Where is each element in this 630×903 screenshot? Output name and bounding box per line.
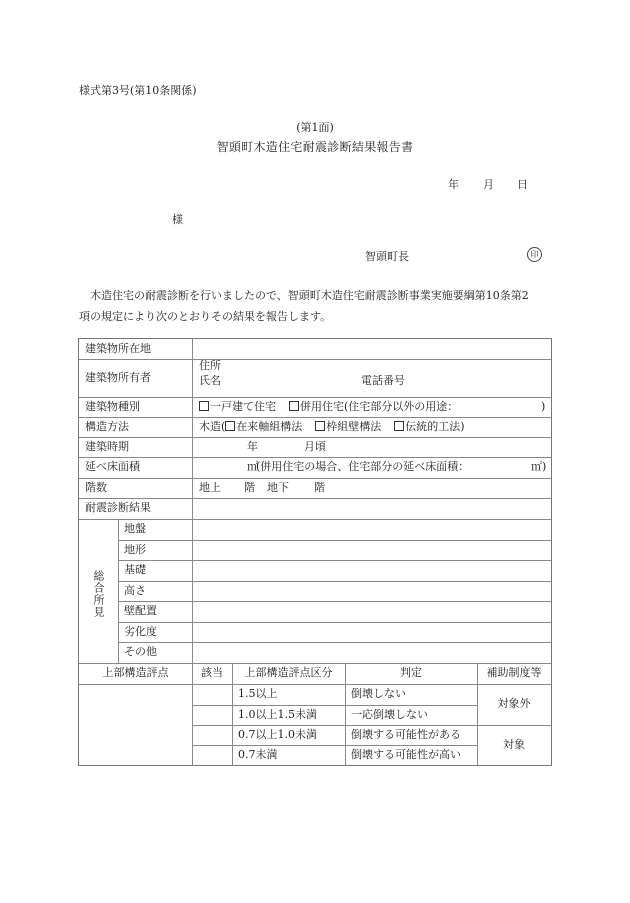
applicable-check-4[interactable]: [193, 745, 232, 765]
addressee-suffix: 様: [172, 211, 183, 227]
location-field[interactable]: [193, 339, 551, 359]
area-note: (併用住宅の場合、住宅部分の延べ床面積：: [256, 457, 469, 477]
finding-height: 高さ: [124, 581, 146, 601]
header-subsidy: 補助制度等: [477, 663, 551, 683]
row-divider: [79, 519, 551, 520]
row-divider: [118, 622, 551, 623]
option-detached-house: 一戸建て住宅: [210, 400, 276, 413]
form-number: 様式第3号(第10条関係): [79, 82, 197, 98]
label-floors: 階数: [85, 478, 107, 498]
diagnosis-result-field[interactable]: [193, 498, 551, 518]
label-location: 建築物所在地: [85, 339, 151, 359]
row-divider: [192, 705, 477, 706]
issuer-name: 智頭町長: [365, 248, 409, 264]
score-range-3: 0.7以上1.0未満: [238, 725, 317, 745]
finding-terrain: 地形: [124, 540, 146, 560]
judgement-3: 倒壊する可能性がある: [351, 725, 461, 745]
option-mixed-use-house: 併用住宅(住宅部分以外の用途：: [300, 400, 458, 413]
finding-other: その他: [124, 642, 157, 662]
applicable-check-1[interactable]: [193, 684, 232, 704]
finding-ground: 地盤: [124, 519, 146, 539]
applicable-check-2[interactable]: [193, 705, 232, 725]
document-title: 智頭町木造住宅耐震診断結果報告書: [0, 138, 630, 155]
date-month: 月: [483, 176, 494, 192]
judgement-4: 倒壊する可能性が高い: [351, 745, 461, 765]
area-unit-2: ㎡): [531, 457, 546, 477]
judgement-1: 倒壊しない: [351, 684, 406, 704]
row-divider: [118, 560, 551, 561]
finding-wall-layout: 壁配置: [124, 601, 157, 621]
page-face-label: (第1面): [0, 119, 630, 135]
built-month-unit: 月頃: [304, 437, 326, 457]
floors-above-label: 地上: [199, 478, 221, 498]
checkbox-mixed-use-house[interactable]: [289, 401, 299, 411]
structure-wood-prefix: 木造(: [199, 420, 225, 433]
row-divider: [118, 540, 551, 541]
findings-group-label: 総合所見: [89, 559, 107, 629]
header-score-category: 上部構造評点区分: [232, 663, 345, 683]
checkbox-detached-house[interactable]: [199, 401, 209, 411]
label-floor-area: 延べ床面積: [85, 457, 140, 477]
finding-foundation: 基礎: [124, 560, 146, 580]
floors-below-label: 地下: [267, 478, 289, 498]
col-divider: [118, 519, 119, 663]
label-owner: 建築物所有者: [85, 368, 151, 388]
label-building-type: 建築物種別: [85, 397, 140, 417]
label-structure: 構造方法: [85, 417, 129, 437]
judgement-2: 一応倒壊しない: [351, 705, 428, 725]
built-year-unit: 年: [247, 437, 258, 457]
header-judgement: 判定: [345, 663, 477, 683]
row-divider: [79, 359, 551, 360]
header-applicable: 該当: [192, 663, 232, 683]
paren-close: ): [541, 397, 545, 417]
date-year: 年: [448, 176, 459, 192]
owner-name-label: 氏名: [199, 373, 221, 388]
subsidy-not-eligible: 対象外: [477, 694, 551, 714]
row-divider: [118, 642, 551, 643]
score-range-2: 1.0以上1.5未満: [238, 705, 317, 725]
finding-deterioration: 劣化度: [124, 622, 157, 642]
floors-below-unit: 階: [314, 478, 325, 498]
option-conventional-frame: 在来軸組構法: [236, 420, 302, 433]
seal-icon: 印: [527, 247, 542, 262]
building-type-options: 一戸建て住宅 併用住宅(住宅部分以外の用途：: [199, 397, 458, 417]
intro-paragraph: 木造住宅の耐震診断を行いましたので、智頭町木造住宅耐震診断事業実施要綱第10条第…: [79, 285, 554, 327]
checkbox-2x4-frame[interactable]: [315, 421, 325, 431]
owner-phone-label: 電話番号: [361, 373, 405, 388]
report-table: 建築物所在地 建築物所有者 建築物種別 構造方法 建築時期 延べ床面積 階数 耐…: [78, 338, 552, 766]
option-traditional-method: 伝統的工法): [405, 420, 464, 433]
checkbox-conventional-frame[interactable]: [225, 421, 235, 431]
subsidy-eligible: 対象: [477, 735, 551, 755]
applicable-check-3[interactable]: [193, 725, 232, 745]
row-divider: [118, 581, 551, 582]
floors-above-unit: 階: [244, 478, 255, 498]
score-range-1: 1.5以上: [238, 684, 278, 704]
score-range-4: 0.7未満: [238, 745, 278, 765]
upper-structure-score-field[interactable]: [79, 684, 192, 765]
row-divider: [118, 601, 551, 602]
intro-line-1: 木造住宅の耐震診断を行いましたので、智頭町木造住宅耐震診断事業実施要綱第10条第…: [79, 285, 554, 306]
header-upper-structure-score: 上部構造評点: [79, 663, 192, 683]
intro-line-2: 項の規定により次のとおりその結果を報告します。: [79, 306, 554, 327]
date-day: 日: [517, 176, 528, 192]
option-2x4-frame: 枠組壁構法: [326, 420, 381, 433]
label-diagnosis-result: 耐震診断結果: [85, 498, 151, 518]
checkbox-traditional-method[interactable]: [394, 421, 404, 431]
structure-options: 木造(在来軸組構法 枠組壁構法 伝統的工法): [199, 417, 465, 437]
owner-address-label: 住所: [199, 358, 221, 373]
label-built-period: 建築時期: [85, 437, 129, 457]
